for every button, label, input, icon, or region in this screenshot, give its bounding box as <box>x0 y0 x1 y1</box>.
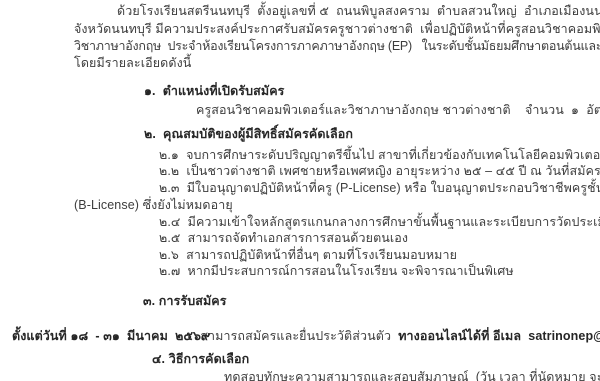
intro-line-4: โดยมีรายละเอียดดังนี้ <box>74 55 191 71</box>
section1-heading: ๑. ตำแหน่งที่เปิดรับสมัคร <box>144 83 285 99</box>
section2-item-5: ๒.๕ สามารถจัดทำเอกสารการสอนด้วยตนเอง <box>159 230 408 246</box>
section2-item-2: ๒.๒ เป็นชาวต่างชาติ เพศชายหรือเพศหญิง อา… <box>159 163 600 179</box>
section4-heading: ๔. วิธีการคัดเลือก <box>152 351 249 367</box>
section2-item-6: ๒.๖ สามารถปฏิบัติหน้าที่อื่นๆ ตามที่โรงเ… <box>159 247 457 263</box>
email-text: satrinonep@gmail.com <box>528 329 600 343</box>
section2-item-3: ๒.๓ มีใบอนุญาตปฏิบัติหน้าที่ครู (P-Licen… <box>159 180 600 196</box>
section3-body-text: สามารถสมัครและยื่นประวัติส่วนตัว <box>200 329 398 343</box>
intro-line-2: จังหวัดนนทบุรี มีความประสงค์ประกาศรับสมั… <box>74 21 600 37</box>
section2-item-3-continuation: (B-License) ซึ่งยังไม่หมดอายุ <box>74 197 233 213</box>
intro-line-3: วิชาภาษาอังกฤษ ประจำห้องเรียนโครงการภาคภ… <box>74 38 600 54</box>
section3-online-text: ทางออนไลน์ได้ที่ อีเมล <box>398 329 528 343</box>
document-page: ด้วยโรงเรียนสตรีนนทบุรี ตั้งอยู่เลขที่ ๕… <box>0 0 600 381</box>
section2-item-1: ๒.๑ จบการศึกษาระดับปริญญาตรีขึ้นไป สาขาท… <box>159 147 600 163</box>
section2-item-4: ๒.๔ มีความเข้าใจหลักสูตรแกนกลางการศึกษาข… <box>159 214 600 230</box>
section3-date-line: ตั้งแต่วันที่ ๑๘ - ๓๑ มีนาคม ๒๕๖๙ <box>12 328 210 344</box>
section2-heading: ๒. คุณสมบัติของผู้มีสิทธิ์สมัครคัดเลือก <box>144 126 353 142</box>
section1-body: ครูสอนวิชาคอมพิวเตอร์และวิชาภาษาอังกฤษ ช… <box>196 102 600 118</box>
section4-body: ทดสอบทักษะความสามารถและสอบสัมภาษณ์ (วัน … <box>224 369 600 381</box>
section3-heading: ๓. การรับสมัคร <box>143 293 227 309</box>
intro-line-1: ด้วยโรงเรียนสตรีนนทบุรี ตั้งอยู่เลขที่ ๕… <box>117 3 600 19</box>
section2-item-7: ๒.๗ หากมีประสบการณ์การสอนในโรงเรียน จะพิ… <box>159 263 514 279</box>
